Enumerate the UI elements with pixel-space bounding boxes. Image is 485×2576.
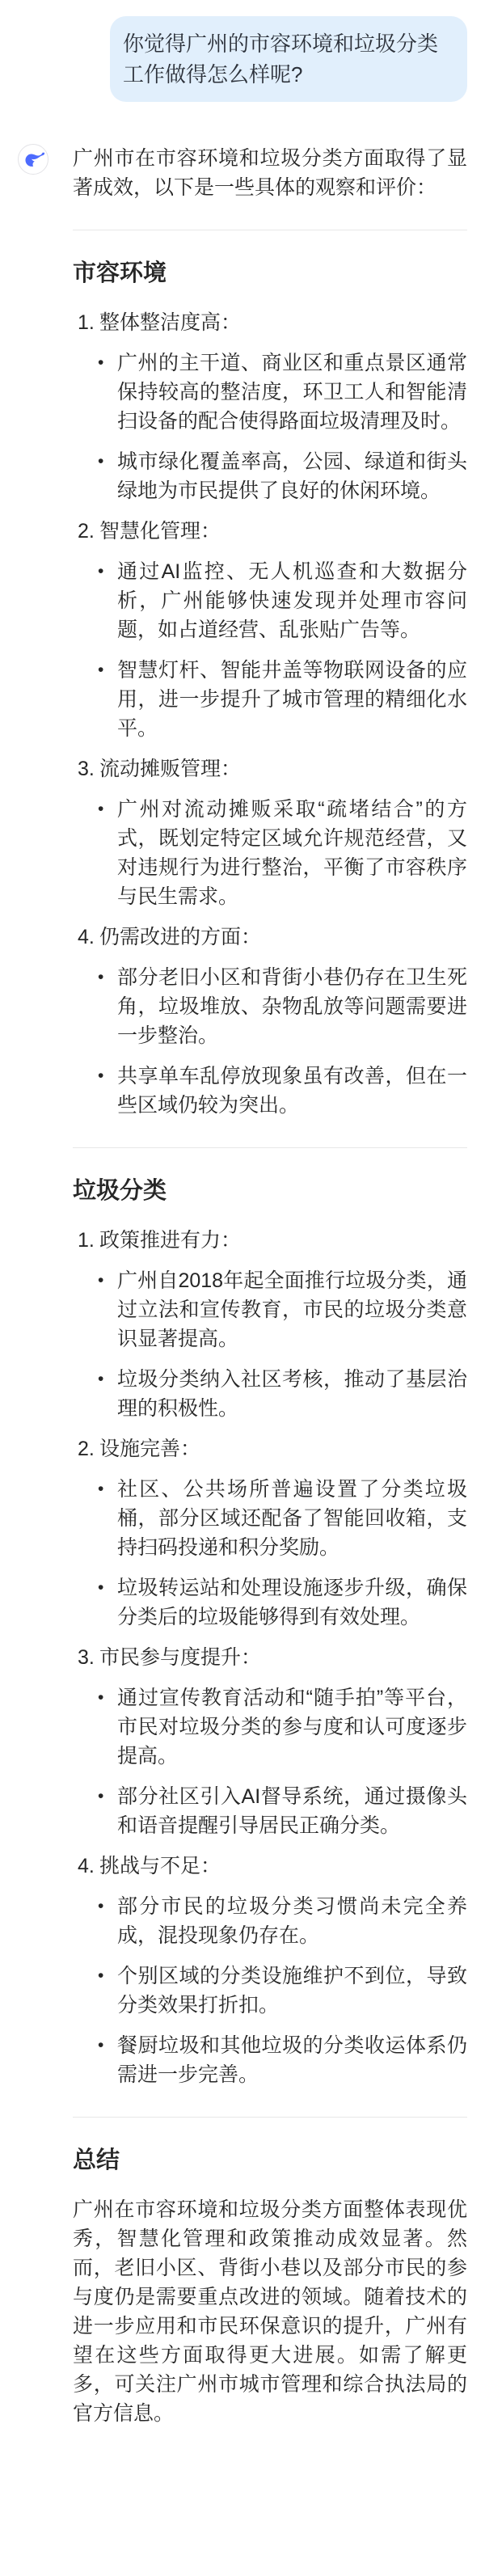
bullet-text: 广州自2018年起全面推行垃圾分类，通过立法和宣传教育，市民的垃圾分类意识显著提… <box>117 1266 467 1353</box>
bullet-item: • 社区、公共场所普遍设置了分类垃圾桶，部分区域还配备了智能回收箱，支持扫码投递… <box>73 1475 467 1562</box>
bullet-text: 社区、公共场所普遍设置了分类垃圾桶，部分区域还配备了智能回收箱，支持扫码投递和积… <box>117 1475 467 1562</box>
bullet-marker: • <box>98 1683 117 1771</box>
bullet-item: • 部分老旧小区和背街小巷仍存在卫生死角，垃圾堆放、杂物乱放等问题需要进一步整治… <box>73 963 467 1050</box>
assistant-message: 广州市在市容环境和垃圾分类方面取得了显著成效，以下是一些具体的观察和评价： 市容… <box>73 144 467 2428</box>
item-label: 流动摊贩管理： <box>99 754 467 783</box>
bullet-text: 个别区域的分类设施维护不到位，导致分类效果打折扣。 <box>117 1962 467 2020</box>
section-divider <box>73 230 467 230</box>
bullet-text: 餐厨垃圾和其他垃圾的分类收运体系仍需进一步完善。 <box>117 2031 467 2089</box>
bullet-item: • 部分市民的垃圾分类习惯尚未完全养成，混投现象仍存在。 <box>73 1892 467 1950</box>
bullet-item: • 通过AI监控、无人机巡查和大数据分析，广州能够快速发现并处理市容问题，如占道… <box>73 557 467 644</box>
item-label: 仍需改进的方面： <box>99 923 467 952</box>
item-number: 2. <box>78 517 99 546</box>
numbered-item: 1. 政策推进有力： <box>73 1226 467 1255</box>
bullet-text: 通过宣传教育活动和“随手拍”等平台，市民对垃圾分类的参与度和认可度逐步提高。 <box>117 1683 467 1771</box>
message-section: 垃圾分类 1. 政策推进有力： • 广州自2018年起全面推行垃圾分类，通过立法… <box>73 1147 467 2089</box>
section-body: 广州在市容环境和垃圾分类方面整体表现优秀，智慧化管理和政策推动成效显著。然而，老… <box>73 2195 467 2428</box>
bullet-item: • 智慧灯杆、智能井盖等物联网设备的应用，进一步提升了城市管理的精细化水平。 <box>73 656 467 743</box>
bullet-marker: • <box>98 1782 117 1840</box>
bullet-item: • 城市绿化覆盖率高，公园、绿道和街头绿地为市民提供了良好的休闲环境。 <box>73 447 467 505</box>
user-message-text: 你觉得广州的市容环境和垃圾分类工作做得怎么样呢? <box>123 32 438 87</box>
bullet-marker: • <box>98 1892 117 1950</box>
numbered-item: 4. 挑战与不足： <box>73 1852 467 1881</box>
item-label: 政策推进有力： <box>99 1226 467 1255</box>
message-section: 总结 广州在市容环境和垃圾分类方面整体表现优秀，智慧化管理和政策推动成效显著。然… <box>73 2117 467 2428</box>
bullet-marker: • <box>98 1475 117 1562</box>
bullet-marker: • <box>98 1062 117 1120</box>
section-divider <box>73 1147 467 1148</box>
deepseek-whale-icon <box>23 149 44 171</box>
bullet-text: 广州对流动摊贩采取“疏堵结合”的方式，既划定特定区域允许规范经营，又对违规行为进… <box>117 795 467 911</box>
item-number: 1. <box>78 1226 99 1255</box>
section-body: 1. 整体整洁度高： • 广州的主干道、商业区和重点景区通常保持较高的整洁度，环… <box>73 308 467 1120</box>
chat-thread: 你觉得广州的市容环境和垃圾分类工作做得怎么样呢? 广州市在市容环境和垃圾分类方面… <box>0 0 485 2576</box>
bullet-item: • 广州对流动摊贩采取“疏堵结合”的方式，既划定特定区域允许规范经营，又对违规行… <box>73 795 467 911</box>
bullet-item: • 垃圾转运站和处理设施逐步升级，确保分类后的垃圾能够得到有效处理。 <box>73 1573 467 1632</box>
numbered-item: 3. 市民参与度提升： <box>73 1643 467 1672</box>
bullet-item: • 通过宣传教育活动和“随手拍”等平台，市民对垃圾分类的参与度和认可度逐步提高。 <box>73 1683 467 1771</box>
bullet-item: • 个别区域的分类设施维护不到位，导致分类效果打折扣。 <box>73 1962 467 2020</box>
summary-paragraph: 广州在市容环境和垃圾分类方面整体表现优秀，智慧化管理和政策推动成效显著。然而，老… <box>73 2195 467 2428</box>
bullet-text: 广州的主干道、商业区和重点景区通常保持较高的整洁度，环卫工人和智能清扫设备的配合… <box>117 348 467 436</box>
numbered-item: 2. 智慧化管理： <box>73 517 467 546</box>
bullet-text: 部分市民的垃圾分类习惯尚未完全养成，混投现象仍存在。 <box>117 1892 467 1950</box>
section-heading: 总结 <box>73 2145 467 2176</box>
bullet-marker: • <box>98 447 117 505</box>
assistant-avatar <box>18 144 48 175</box>
numbered-item: 1. 整体整洁度高： <box>73 308 467 337</box>
item-number: 2. <box>78 1434 99 1463</box>
numbered-item: 3. 流动摊贩管理： <box>73 754 467 783</box>
assistant-sections: 市容环境 1. 整体整洁度高： • 广州的主干道、商业区和重点景区通常保持较高的… <box>73 230 467 2428</box>
bullet-text: 部分老旧小区和背街小巷仍存在卫生死角，垃圾堆放、杂物乱放等问题需要进一步整治。 <box>117 963 467 1050</box>
bullet-marker: • <box>98 963 117 1050</box>
bullet-marker: • <box>98 348 117 436</box>
bullet-marker: • <box>98 656 117 743</box>
assistant-message-row: 广州市在市容环境和垃圾分类方面取得了显著成效，以下是一些具体的观察和评价： 市容… <box>18 144 467 2428</box>
bullet-item: • 部分社区引入AI督导系统，通过摄像头和语音提醒引导居民正确分类。 <box>73 1782 467 1840</box>
bullet-text: 部分社区引入AI督导系统，通过摄像头和语音提醒引导居民正确分类。 <box>117 1782 467 1840</box>
item-number: 4. <box>78 1852 99 1881</box>
bullet-text: 共享单车乱停放现象虽有改善，但在一些区域仍较为突出。 <box>117 1062 467 1120</box>
bullet-item: • 共享单车乱停放现象虽有改善，但在一些区域仍较为突出。 <box>73 1062 467 1120</box>
bullet-text: 智慧灯杆、智能井盖等物联网设备的应用，进一步提升了城市管理的精细化水平。 <box>117 656 467 743</box>
bullet-text: 垃圾转运站和处理设施逐步升级，确保分类后的垃圾能够得到有效处理。 <box>117 1573 467 1632</box>
item-label: 整体整洁度高： <box>99 308 467 337</box>
bullet-marker: • <box>98 2031 117 2089</box>
bullet-item: • 广州的主干道、商业区和重点景区通常保持较高的整洁度，环卫工人和智能清扫设备的… <box>73 348 467 436</box>
item-label: 市民参与度提升： <box>99 1643 467 1672</box>
bullet-marker: • <box>98 1365 117 1423</box>
item-label: 挑战与不足： <box>99 1852 467 1881</box>
bullet-text: 城市绿化覆盖率高，公园、绿道和街头绿地为市民提供了良好的休闲环境。 <box>117 447 467 505</box>
section-heading: 市容环境 <box>73 258 467 289</box>
bullet-marker: • <box>98 1266 117 1353</box>
assistant-intro: 广州市在市容环境和垃圾分类方面取得了显著成效，以下是一些具体的观察和评价： <box>73 144 467 202</box>
section-divider <box>73 2117 467 2118</box>
numbered-item: 2. 设施完善： <box>73 1434 467 1463</box>
message-section: 市容环境 1. 整体整洁度高： • 广州的主干道、商业区和重点景区通常保持较高的… <box>73 230 467 1120</box>
item-number: 1. <box>78 308 99 337</box>
bullet-text: 垃圾分类纳入社区考核，推动了基层治理的积极性。 <box>117 1365 467 1423</box>
bullet-marker: • <box>98 1573 117 1632</box>
numbered-item: 4. 仍需改进的方面： <box>73 923 467 952</box>
item-number: 3. <box>78 754 99 783</box>
bullet-text: 通过AI监控、无人机巡查和大数据分析，广州能够快速发现并处理市容问题，如占道经营… <box>117 557 467 644</box>
bullet-item: • 广州自2018年起全面推行垃圾分类，通过立法和宣传教育，市民的垃圾分类意识显… <box>73 1266 467 1353</box>
bullet-item: • 餐厨垃圾和其他垃圾的分类收运体系仍需进一步完善。 <box>73 2031 467 2089</box>
item-number: 3. <box>78 1643 99 1672</box>
user-message-bubble: 你觉得广州的市容环境和垃圾分类工作做得怎么样呢? <box>110 16 467 102</box>
bullet-item: • 垃圾分类纳入社区考核，推动了基层治理的积极性。 <box>73 1365 467 1423</box>
item-label: 智慧化管理： <box>99 517 467 546</box>
bullet-marker: • <box>98 1962 117 2020</box>
bullet-marker: • <box>98 557 117 644</box>
user-message-row: 你觉得广州的市容环境和垃圾分类工作做得怎么样呢? <box>18 16 467 102</box>
bullet-marker: • <box>98 795 117 911</box>
item-number: 4. <box>78 923 99 952</box>
section-body: 1. 政策推进有力： • 广州自2018年起全面推行垃圾分类，通过立法和宣传教育… <box>73 1226 467 2089</box>
section-heading: 垃圾分类 <box>73 1176 467 1206</box>
item-label: 设施完善： <box>99 1434 467 1463</box>
